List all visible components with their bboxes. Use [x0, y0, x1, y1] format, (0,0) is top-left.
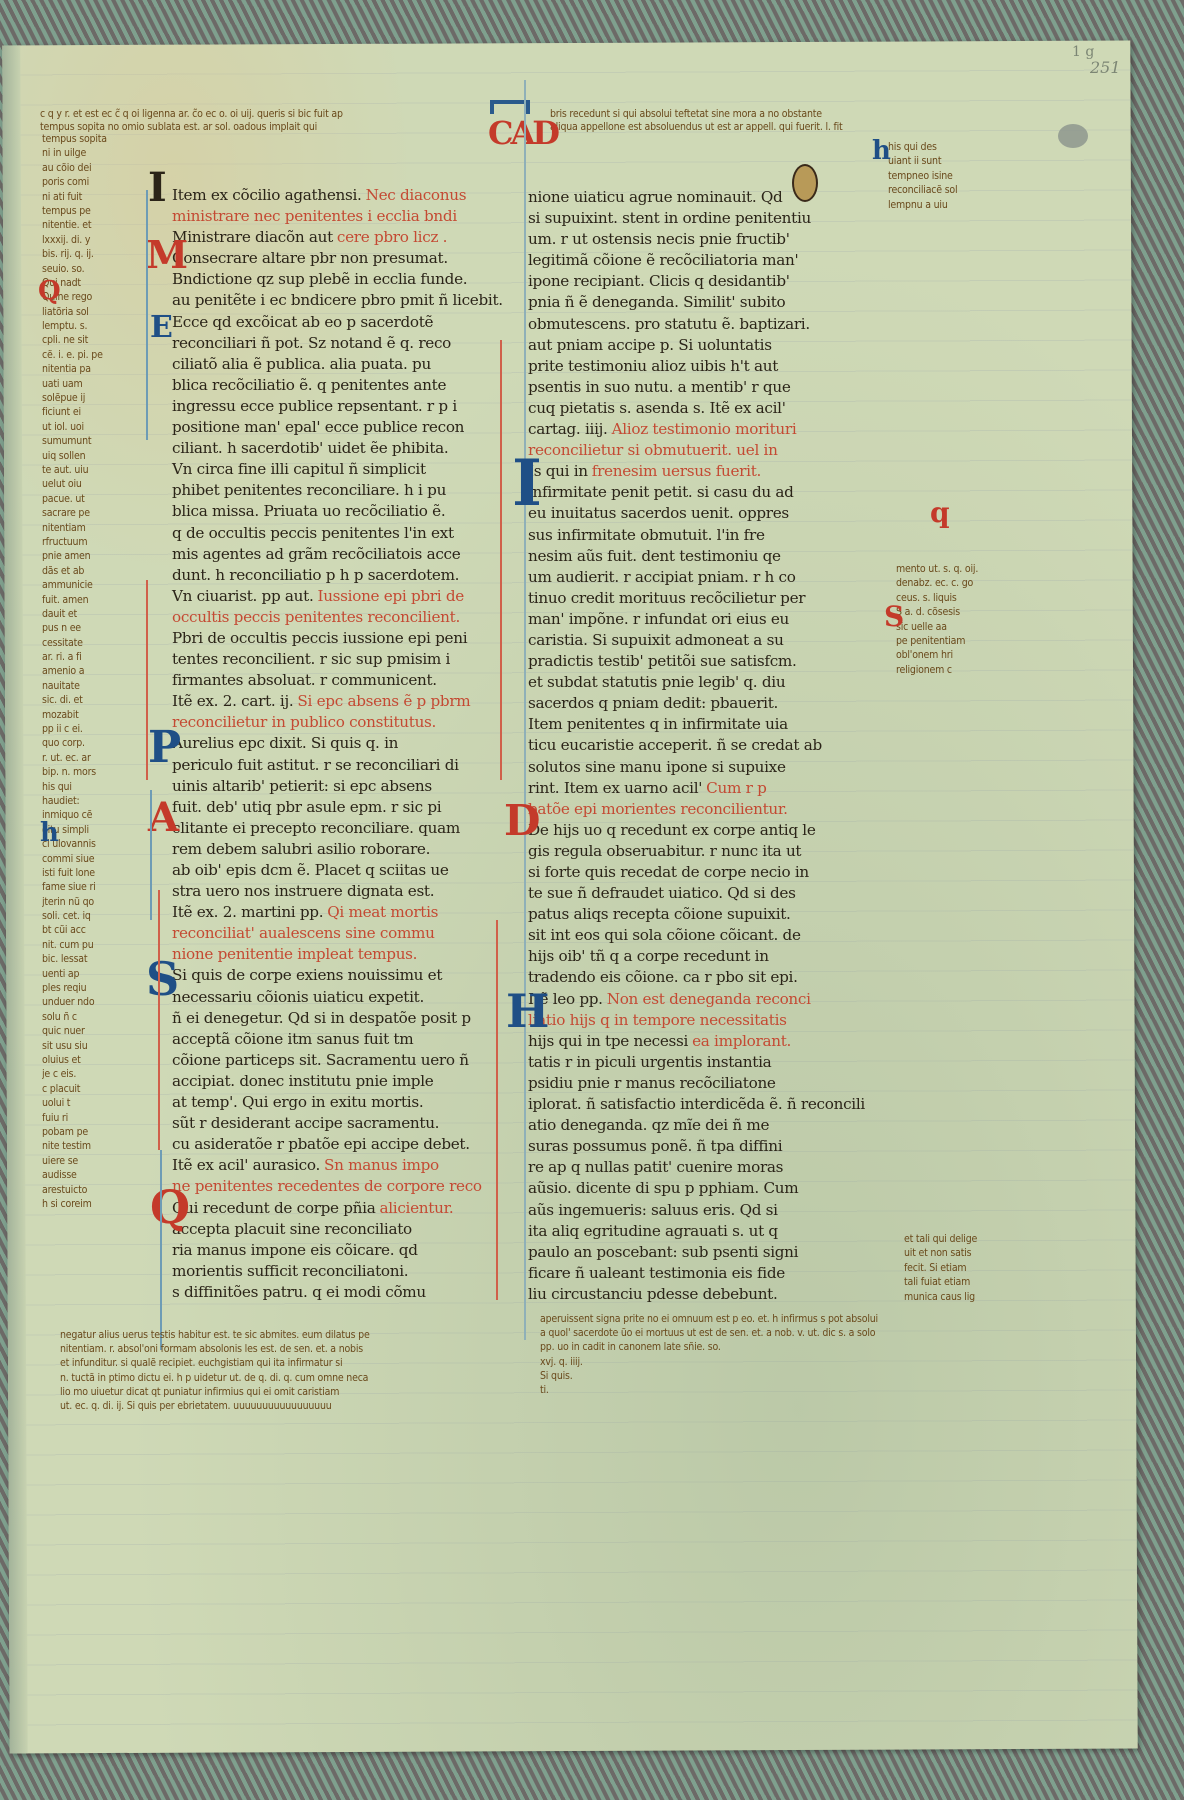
gloss-line: dãs et ab	[42, 564, 126, 578]
gloss-line: obl'onem hri	[896, 648, 992, 662]
text-line: Ecce qd excõicat ab eo p sacerdotẽ	[172, 312, 492, 333]
text-line: fuit. deb' utiq pbr asule epm. r sic pi	[172, 797, 492, 818]
text-line: man' impõne. r infundat ori eius eu	[528, 607, 848, 628]
rubric-text: Non est deneganda reconci	[607, 990, 811, 1008]
text-line: sacerdos q pniam dedit: pbauerit.	[528, 691, 848, 712]
text-line: cuq pietatis s. asenda s. Itẽ ex acil'	[528, 396, 848, 417]
text-line: caristia. Si supuixit admoneat a su	[528, 628, 848, 649]
text-line: Bndictione qz sup plebẽ in ecclia funde.	[172, 269, 492, 290]
face-initial-icon	[792, 164, 818, 202]
gloss-line: denabz. ec. c. go	[896, 576, 992, 590]
gloss-line: a quol' sacerdote ũo ei mortuus ut est d…	[540, 1326, 1000, 1340]
text-line: cõione particeps sit. Sacramentu uero ñ	[172, 1050, 492, 1071]
text-line: tinuo credit morituus recõcilietur per	[528, 586, 848, 607]
blue-pen-flourish	[160, 1150, 162, 1350]
text-line: nesim aũs fuit. dent testimoniu qe	[528, 544, 848, 565]
text-line: ficare ñ ualeant testimonia eis fide	[528, 1261, 848, 1282]
text-line: dunt. h reconciliatio p h p sacerdotem.	[172, 565, 492, 586]
body-text: ñ ei denegetur. Qd si in despatõe posit …	[172, 1009, 471, 1027]
body-text: um. r ut ostensis necis pnie fructib'	[528, 230, 790, 248]
text-line: accepta placuit sine reconciliato	[172, 1219, 492, 1240]
body-text: ticu eucaristie acceperit. ñ se credat a…	[528, 736, 822, 754]
text-line: cu asideratõe r pbatõe epi accipe debet.	[172, 1134, 492, 1155]
text-line: cartag. iiij.Alioz testimonio morituri	[528, 417, 848, 438]
spine-gutter	[2, 45, 27, 1753]
body-text: ita aliq egritudine agrauati s. ut q	[528, 1222, 778, 1240]
text-line: tentes reconcilient. r sic sup pmisim i	[172, 649, 492, 670]
body-text: ipone recipiant. Clicis q desidantib'	[528, 272, 790, 290]
body-text: blica missa. Priuata uo recõciliatio ẽ.	[172, 502, 445, 520]
body-text: sũt r desiderant accipe sacramentu.	[172, 1114, 439, 1132]
rubric-text: Nec diaconus	[366, 186, 467, 204]
text-line: gis regula obseruabitur. r nunc ita ut	[528, 839, 848, 860]
text-line: morientis sufficit reconciliatoni.	[172, 1261, 492, 1282]
gloss-line: solẽpue ij	[42, 391, 126, 405]
body-text: psidiu pnie r manus recõciliatone	[528, 1074, 776, 1092]
gloss-line: n. tuctã in ptimo dictu ei. h p uidetur …	[60, 1371, 500, 1385]
rubric-text: Qi meat mortis	[327, 903, 438, 921]
gloss-line: sit usu siu	[42, 1039, 126, 1053]
body-text: paulo an poscebant: sub psenti signi	[528, 1243, 798, 1261]
gloss-line: ar. ri. a fi	[42, 650, 126, 664]
text-line: pnia ñ ẽ deneganda. Similit' subito	[528, 290, 848, 311]
gloss-line: rfructuum	[42, 535, 126, 549]
body-text: aut pniam accipe p. Si uoluntatis	[528, 336, 772, 354]
body-text: nesim aũs fuit. dent testimoniu qe	[528, 547, 781, 565]
body-text: sacerdos q pniam dedit: pbauerit.	[528, 694, 778, 712]
body-text: rint. Item ex uarno acil'	[528, 779, 702, 797]
gloss-line: sacrare pe	[42, 506, 126, 520]
text-line: accipiat. donec institutu pnie imple	[172, 1071, 492, 1092]
rubric-text: ea implorant.	[692, 1032, 791, 1050]
gloss-initial-Q-red: Q	[38, 276, 61, 306]
gloss-line: uiant ii sunt	[888, 154, 984, 168]
body-text: uinis altarib' petierit: si epc absens	[172, 777, 432, 795]
text-line: atio deneganda. qz mĩe dei ñ me	[528, 1113, 848, 1134]
gloss-line: Si quis.	[540, 1369, 1000, 1383]
text-line: ria manus impone eis cõicare. qd	[172, 1240, 492, 1261]
body-text: aũs ingemueris: saluus eris. Qd si	[528, 1201, 778, 1219]
body-text: si forte quis recedat de corpe necio in	[528, 863, 809, 881]
gloss-line: sumumunt	[42, 434, 126, 448]
gloss-line: fecit. Si etiam	[904, 1261, 1000, 1275]
body-text: pnia ñ ẽ deneganda. Similit' subito	[528, 293, 785, 311]
gloss-line: et tali qui delige	[904, 1232, 1000, 1246]
body-text: rem debem salubri asilio roborare.	[172, 840, 430, 858]
gloss-line: te aut. uiu	[42, 463, 126, 477]
text-line: patus aliqs recepta cõione supuixit.	[528, 902, 848, 923]
body-text: sus infirmitate obmutuit. l'in fre	[528, 526, 765, 544]
text-line: periculo fuit astitut. r se reconciliari…	[172, 755, 492, 776]
gloss-line: solu ñ c	[42, 1010, 126, 1024]
text-line: positione man' epal' ecce publice recon	[172, 417, 492, 438]
text-line: firmantes absoluat. r communicent.	[172, 670, 492, 691]
body-text: fuit. deb' utiq pbr asule epm. r sic pi	[172, 798, 441, 816]
text-line: liatio hijs q in tempore necessitatis	[528, 1008, 848, 1029]
body-text: Pbri de occultis peccis iussione epi pen…	[172, 629, 467, 647]
text-line: ingressu ecce publice repsentant. r p i	[172, 396, 492, 417]
body-text: hijs oib' tñ q a corpe recedunt in	[528, 947, 769, 965]
gloss-line: cẽ. i. e. pi. pe	[42, 348, 126, 362]
body-text: re ap q nullas patit' cuenire moras	[528, 1158, 783, 1176]
text-line: ciliatõ alia ẽ publica. alia puata. pu	[172, 354, 492, 375]
text-line: solutos sine manu ipone si supuixe	[528, 755, 848, 776]
body-text: reconciliari ñ pot. Sz notand ẽ q. reco	[172, 334, 451, 352]
gloss-line: arestuicto	[42, 1183, 126, 1197]
text-line: stra uero nos instruere dignata est.	[172, 881, 492, 902]
gloss-line: uit et non satis	[904, 1246, 1000, 1260]
body-text: cuq pietatis s. asenda s. Itẽ ex acil'	[528, 399, 786, 417]
body-text: au penitẽte i ec bndicere pbro pmit ñ li…	[172, 291, 503, 309]
rubric-text: cere pbro licz .	[337, 228, 447, 246]
body-text: Item penitentes q in infirmitate uia	[528, 715, 788, 733]
gloss-line: tempus sopita	[42, 132, 126, 146]
body-text: Qui recedunt de corpe pñia	[172, 1199, 375, 1217]
text-line: sit int eos qui sola cõione cõicant. de	[528, 923, 848, 944]
gloss-line: quic nuer	[42, 1024, 126, 1038]
gloss-line: ut. ec. q. di. ij. Si quis per ebrietate…	[60, 1399, 500, 1413]
text-line: um. r ut ostensis necis pnie fructib'	[528, 227, 848, 248]
column-rule-line	[524, 80, 526, 1340]
text-line: necessariu cõionis uiaticu expetit.	[172, 987, 492, 1008]
body-text: et subdat statutis pnie legib' q. diu	[528, 673, 785, 691]
gloss-initial-q-red: q	[930, 496, 950, 529]
rubric-text: Iussione epi pbri de	[318, 587, 464, 605]
gloss-line: pobam pe	[42, 1125, 126, 1139]
text-line: mis agentes ad grãm recõciliatois acce	[172, 544, 492, 565]
text-line: Si quis de corpe exiens nouissimu et	[172, 965, 492, 986]
text-line: blica missa. Priuata uo recõciliatio ẽ.	[172, 501, 492, 522]
body-text: ab oib' epis dcm ẽ. Placet q sciitas ue	[172, 861, 449, 879]
body-text: acceptã cõione itm sanus fuit tm	[172, 1030, 413, 1048]
gloss-line: negatur alius uerus testis habitur est. …	[60, 1328, 500, 1342]
body-text: tradendo eis cõione. ca r pbo sit epi.	[528, 968, 798, 986]
gloss-line: soli. cet. iq	[42, 909, 126, 923]
initial-D-red: D	[504, 796, 540, 845]
body-text: tinuo credit morituus recõcilietur per	[528, 589, 805, 607]
top-gloss-line: c q y r. et est ec c̃ q oi ligenna ar. c…	[40, 108, 480, 121]
body-text: positione man' epal' ecce publice recon	[172, 418, 464, 436]
top-gloss-line: bris recedunt si qui absolui teftetat si…	[550, 108, 960, 121]
gloss-line: uiere se	[42, 1154, 126, 1168]
text-line: re ap q nullas patit' cuenire moras	[528, 1155, 848, 1176]
rubric-text: alicientur.	[379, 1199, 453, 1217]
gloss-line: h si coreim	[42, 1197, 126, 1211]
body-text: tentes reconcilient. r sic sup pmisim i	[172, 650, 450, 668]
text-line: te sue ñ defraudet uiatico. Qd si des	[528, 881, 848, 902]
text-line: aut pniam accipe p. Si uoluntatis	[528, 333, 848, 354]
gloss-line: commi siue	[42, 852, 126, 866]
gloss-line: religionem c	[896, 663, 992, 677]
gloss-line: uati uam	[42, 377, 126, 391]
body-text: firmantes absoluat. r communicent.	[172, 671, 437, 689]
gloss-line: xvj. q. iiij.	[540, 1355, 1000, 1369]
body-text: tatis r in piculi urgentis instantia	[528, 1053, 771, 1071]
text-line: aũs ingemueris: saluus eris. Qd si	[528, 1198, 848, 1219]
gloss-line: ni in uilge	[42, 146, 126, 160]
text-line: si supuixint. stent in ordine penitentiu	[528, 206, 848, 227]
red-pen-flourish	[146, 580, 148, 780]
body-text: ingressu ecce publice repsentant. r p i	[172, 397, 457, 415]
text-line: Vn ciuarist. pp aut.Iussione epi pbri de	[172, 586, 492, 607]
text-line: rint. Item ex uarno acil'Cum r p	[528, 776, 848, 797]
body-text: q de occultis peccis penitentes l'in ext	[172, 524, 454, 542]
text-line: De hijs uo q recedunt ex corpe antiq le	[528, 818, 848, 839]
body-text: De hijs uo q recedunt ex corpe antiq le	[528, 821, 816, 839]
gloss-line: ceus. s. liquis	[896, 591, 992, 605]
text-line: s diffinitões patru. q ei modi cõmu	[172, 1282, 492, 1303]
gloss-line: au cõio dei	[42, 161, 126, 175]
rubric-text: reconcilietur si obmutuerit. uel in	[528, 441, 778, 459]
initial-M-red: M	[146, 232, 188, 277]
gloss-initial-h-blue: h	[872, 136, 891, 166]
text-line: ciliant. h sacerdotib' uidet ẽe phibita.	[172, 438, 492, 459]
body-text: caristia. Si supuixit admoneat a su	[528, 631, 784, 649]
body-text: pradictis testib' petitõi sue satisfcm.	[528, 652, 797, 670]
body-text: Ecce qd excõicat ab eo p sacerdotẽ	[172, 313, 433, 331]
gloss-line: uelut oiu	[42, 477, 126, 491]
body-text: Ministrare diacõn aut	[172, 228, 333, 246]
text-line: rem debem salubri asilio roborare.	[172, 839, 492, 860]
gloss-line: pp. uo in cadit in canonem late sñie. so…	[540, 1340, 1000, 1354]
text-column-a: Item ex cõcilio agathensi.Nec diaconusmi…	[172, 185, 492, 1303]
gloss-line: reconciliacẽ sol	[888, 183, 984, 197]
gloss-line: unduer ndo	[42, 995, 126, 1009]
gloss-line: ut iol. uoi	[42, 420, 126, 434]
body-text: clitante ei precepto reconciliare. quam	[172, 819, 460, 837]
gloss-line: his qui	[42, 780, 126, 794]
text-line: sus infirmitate obmutuit. l'in fre	[528, 523, 848, 544]
initial-E-blue: E	[150, 310, 173, 345]
gloss-line: sic uelle aa	[896, 620, 992, 634]
body-text: Itẽ ex acil' aurasico.	[172, 1156, 320, 1174]
text-line: phibet penitentes reconciliare. h i pu	[172, 480, 492, 501]
gloss-line: oluius et	[42, 1053, 126, 1067]
gloss-line: cessitate	[42, 636, 126, 650]
text-line: ticu eucaristie acceperit. ñ se credat a…	[528, 733, 848, 754]
body-text: hijs qui in tpe necessi	[528, 1032, 688, 1050]
body-text: obmutescens. pro statutu ẽ. baptizari.	[528, 315, 810, 333]
text-line: at temp'. Qui ergo in exitu mortis.	[172, 1092, 492, 1113]
body-text: necessariu cõionis uiaticu expetit.	[172, 988, 424, 1006]
text-line: au penitẽte i ec bndicere pbro pmit ñ li…	[172, 290, 492, 311]
rubric-text: occultis peccis penitentes reconcilient.	[172, 608, 460, 626]
rubric-text: frenesim uersus fuerit.	[592, 462, 761, 480]
gloss-line: c placuit	[42, 1082, 126, 1096]
text-line: pradictis testib' petitõi sue satisfcm.	[528, 649, 848, 670]
gloss-line: haudiet:	[42, 794, 126, 808]
body-text: ficare ñ ualeant testimonia eis fide	[528, 1264, 785, 1282]
gloss-line: fuit. amen	[42, 593, 126, 607]
text-line: Is qui infrenesim uersus fuerit.	[528, 459, 848, 480]
text-line: et subdat statutis pnie legib' q. diu	[528, 670, 848, 691]
body-text: accepta placuit sine reconciliato	[172, 1220, 412, 1238]
gloss-line: S a. d. cõsesis	[896, 605, 992, 619]
body-text: cõione particeps sit. Sacramentu uero ñ	[172, 1051, 469, 1069]
gloss-line: mento ut. s. q. oij.	[896, 562, 992, 576]
gloss-line: pe penitentiam	[896, 634, 992, 648]
gloss-line: isti fuit lone	[42, 866, 126, 880]
body-text: atio deneganda. qz mĩe dei ñ me	[528, 1116, 769, 1134]
rubric-text: Si epc absens ẽ p pbrm	[297, 692, 470, 710]
gloss-line: nit. cum pu	[42, 938, 126, 952]
gloss-line: munica caus lig	[904, 1290, 1000, 1304]
text-line: Ministrare diacõn autcere pbro licz .	[172, 227, 492, 248]
body-text: iplorat. ñ satisfactio interdicẽda ẽ. ñ …	[528, 1095, 865, 1113]
text-line: batõe epi morientes reconcilientur.	[528, 797, 848, 818]
text-line: Vn circa fine illi capitul ñ simplicit	[172, 459, 492, 480]
text-line: ministrare nec penitentes i ecclia bndi	[172, 206, 492, 227]
gloss-line: quo corp.	[42, 736, 126, 750]
gloss-line: tempus pe	[42, 204, 126, 218]
body-text: Consecrare altare pbr non presumat.	[172, 249, 448, 267]
text-line: Item ex cõcilio agathensi.Nec diaconus	[172, 185, 492, 206]
body-text: liu circustanciu pdesse debebunt.	[528, 1285, 778, 1303]
gloss-line: uenti ap	[42, 967, 126, 981]
gloss-line: lio mo uiuetur dicat qt puniatur infirmi…	[60, 1385, 500, 1399]
blue-pen-flourish	[146, 190, 148, 440]
body-text: eu inuitatus sacerdos uenit. oppres	[528, 504, 789, 522]
text-line: Consecrare altare pbr non presumat.	[172, 248, 492, 269]
text-line: psidiu pnie r manus recõciliatone	[528, 1071, 848, 1092]
body-text: infirmitate penit petit. si casu du ad	[528, 483, 794, 501]
initial-P-blue: P	[148, 722, 181, 773]
initial-H-blue: H	[506, 984, 549, 1038]
gloss-line: nauitate	[42, 679, 126, 693]
text-line: ne penitentes recedentes de corpore reco	[172, 1176, 492, 1197]
red-pen-flourish	[496, 920, 498, 1300]
body-text: patus aliqs recepta cõione supuixit.	[528, 905, 791, 923]
body-text: um audierit. r accipiat pniam. r h co	[528, 568, 796, 586]
gloss-line: aperuissent signa prite no ei omnuum est…	[540, 1312, 1000, 1326]
right-margin-gloss-middle: mento ut. s. q. oij.denabz. ec. c. goceu…	[896, 562, 992, 677]
text-line: hijs qui in tpe necessiea implorant.	[528, 1029, 848, 1050]
body-text: Itẽ ex. 2. cart. ij.	[172, 692, 293, 710]
body-text: man' impõne. r infundat ori eius eu	[528, 610, 789, 628]
body-text: ciliatõ alia ẽ publica. alia puata. pu	[172, 355, 431, 373]
text-line: ab oib' epis dcm ẽ. Placet q sciitas ue	[172, 860, 492, 881]
gloss-line: dauit et	[42, 607, 126, 621]
gloss-line: his qui des	[888, 140, 984, 154]
initial-Q-red: Q	[150, 1180, 190, 1234]
rubric-text: batõe epi morientes reconcilientur.	[528, 800, 788, 818]
ink-stain	[1058, 124, 1088, 148]
body-text: Item ex cõcilio agathensi.	[172, 186, 362, 204]
text-line: psentis in suo nutu. a mentib' r que	[528, 375, 848, 396]
rubric-text: reconcilietur in publico constitutus.	[172, 713, 436, 731]
initial-A-red: A	[148, 794, 179, 841]
body-text: prite testimoniu alioz uibis h't aut	[528, 357, 778, 375]
body-text: morientis sufficit reconciliatoni.	[172, 1262, 408, 1280]
gloss-line: bis. rij. q. ij.	[42, 247, 126, 261]
gloss-line: nite testim	[42, 1139, 126, 1153]
gloss-line: nitentia pa	[42, 362, 126, 376]
text-line: Itẽ ex. 2. cart. ij.Si epc absens ẽ p pb…	[172, 691, 492, 712]
text-line: ita aliq egritudine agrauati s. ut q	[528, 1219, 848, 1240]
gloss-line: nitentiam	[42, 521, 126, 535]
rubric-text: Sn manus impo	[324, 1156, 439, 1174]
decorated-initial-cad: CAD	[488, 114, 554, 154]
gloss-line: jterin nũ qo	[42, 895, 126, 909]
gloss-initial-h-blue: h	[40, 818, 59, 848]
text-line: Item penitentes q in infirmitate uia	[528, 712, 848, 733]
gloss-line: seuio. so.	[42, 262, 126, 276]
body-text: ria manus impone eis cõicare. qd	[172, 1241, 418, 1259]
text-line: reconcilietur in publico constitutus.	[172, 712, 492, 733]
body-text: gis regula obseruabitur. r nunc ita ut	[528, 842, 801, 860]
rubric-text: ministrare nec penitentes i ecclia bndi	[172, 207, 457, 225]
text-line: Itẽ ex acil' aurasico.Sn manus impo	[172, 1155, 492, 1176]
rubric-text: nione penitentie impleat tempus.	[172, 945, 417, 963]
gloss-line: ficiunt ei	[42, 405, 126, 419]
text-line: infirmitate penit petit. si casu du ad	[528, 480, 848, 501]
text-line: iplorat. ñ satisfactio interdicẽda ẽ. ñ …	[528, 1092, 848, 1113]
body-text: solutos sine manu ipone si supuixe	[528, 758, 786, 776]
gloss-line: lempnu a uiu	[888, 198, 984, 212]
body-text: Itẽ ex. 2. martini pp.	[172, 903, 323, 921]
body-text: nione uiaticu agrue nominauit. Qd	[528, 188, 782, 206]
initial-S-blue: S	[146, 952, 179, 1006]
gloss-line: audisse	[42, 1168, 126, 1182]
folio-number: 251	[1090, 58, 1121, 77]
gloss-line: cpli. ne sit	[42, 333, 126, 347]
text-line: uinis altarib' petierit: si epc absens	[172, 776, 492, 797]
gloss-line: uolui t	[42, 1096, 126, 1110]
gloss-line: pus n ee	[42, 621, 126, 635]
text-line: ipone recipiant. Clicis q desidantib'	[528, 269, 848, 290]
text-line: ñ ei denegetur. Qd si in despatõe posit …	[172, 1008, 492, 1029]
body-text: at temp'. Qui ergo in exitu mortis.	[172, 1093, 423, 1111]
text-line: occultis peccis penitentes reconcilient.	[172, 607, 492, 628]
text-line: Aurelius epc dixit. Si quis q. in	[172, 733, 492, 754]
text-line: um audierit. r accipiat pniam. r h co	[528, 565, 848, 586]
text-line: q de occultis peccis penitentes l'in ext	[172, 523, 492, 544]
body-text: blica recõciliatio ẽ. q penitentes ante	[172, 376, 446, 394]
gloss-line: lemptu. s.	[42, 319, 126, 333]
body-text: si supuixint. stent in ordine penitentiu	[528, 209, 811, 227]
body-text: cu asideratõe r pbatõe epi accipe debet.	[172, 1135, 470, 1153]
gloss-line: amenio a	[42, 664, 126, 678]
text-line: hijs oib' tñ q a corpe recedunt in	[528, 944, 848, 965]
gloss-line: et infunditur. si qualẽ recipiet. euchgi…	[60, 1356, 500, 1370]
text-line: liu circustanciu pdesse debebunt.	[528, 1282, 848, 1303]
body-text: psentis in suo nutu. a mentib' r que	[528, 378, 791, 396]
body-text: legitimã cõione ẽ recõciliatoria man'	[528, 251, 798, 269]
body-text: ciliant. h sacerdotib' uidet ẽe phibita.	[172, 439, 448, 457]
initial-I-decorated: I	[148, 164, 167, 211]
gloss-line: pacue. ut	[42, 492, 126, 506]
text-line: reconciliari ñ pot. Sz notand ẽ q. reco	[172, 333, 492, 354]
text-line: si forte quis recedat de corpe necio in	[528, 860, 848, 881]
gloss-line: ti.	[540, 1383, 1000, 1397]
right-margin-gloss-bottom: et tali qui deligeuit et non satisfecit.…	[904, 1232, 1000, 1304]
body-text: stra uero nos instruere dignata est.	[172, 882, 434, 900]
text-line: reconciliat' aualescens sine commu	[172, 923, 492, 944]
text-line: tatis r in piculi urgentis instantia	[528, 1050, 848, 1071]
body-text: mis agentes ad grãm recõciliatois acce	[172, 545, 460, 563]
red-pen-flourish	[158, 890, 160, 1150]
body-text: periculo fuit astitut. r se reconciliari…	[172, 756, 459, 774]
body-text: cartag. iiij.	[528, 420, 608, 438]
gloss-line: bip. n. mors	[42, 765, 126, 779]
gloss-line: bic. lessat	[42, 952, 126, 966]
text-line: Itẽ ex. 2. martini pp.Qi meat mortis	[172, 902, 492, 923]
gloss-line: fuiu ri	[42, 1111, 126, 1125]
gloss-line: nitentie. et	[42, 218, 126, 232]
gloss-line: lxxxij. di. y	[42, 233, 126, 247]
top-gloss-line: aliqua appellone est absoluendus ut est …	[550, 121, 960, 134]
text-line: nione penitentie impleat tempus.	[172, 944, 492, 965]
